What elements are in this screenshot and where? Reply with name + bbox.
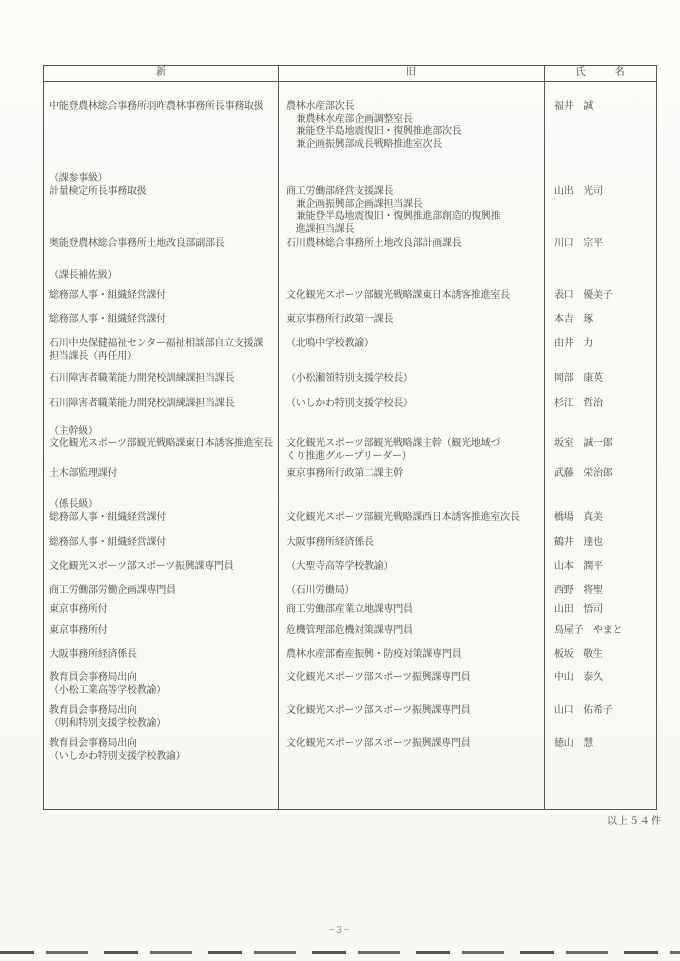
column-header-new: 新 [44,66,278,81]
table-row: 東京事務所付 商工労働部産業立地課専門員 山田 悟司 [44,604,656,617]
table-row: 総務部人事・組織経営課付 文化観光スポーツ部観光戦略課東日本誘客推進室長 表口 … [44,290,656,303]
old-position: 大阪事務所経済係長 [278,537,544,550]
table-row: 教育員会事務局出向 （いしかわ特別支援学校教諭） 文化観光スポーツ部スポーツ振興… [44,738,656,763]
table-row: 中能登農林総合事務所羽咋農林事務所長事務取扱 農林水産部次長 兼農林水産部企画調… [44,101,656,151]
table-row: 総務部人事・組織経営課付 東京事務所行政第一課長 本吉 琢 [44,314,656,327]
person-name: 中山 泰久 [544,672,656,697]
section-label-row: （課長補佐級） [44,270,656,283]
person-name: 板坂 敬生 [544,649,656,662]
table-row: 石川障害者職業能力開発校訓練課担当課長 （小松瀬領特別支援学校長） 岡部 康英 [44,373,656,386]
person-name: 杉江 哲治 [544,398,656,411]
rank-section-label: （主幹級） [44,426,278,439]
scanned-document-page: 新 旧 氏 名 中能登農林総合事務所羽咋農林事務所長事務取扱 農林水産部次長 兼… [0,0,680,961]
new-position: 総務部人事・組織経営課付 [44,512,278,525]
old-position: 文化観光スポーツ部スポーツ振興課専門員 [278,705,544,730]
old-position: 文化観光スポーツ部観光戦略課東日本誘客推進室長 [278,290,544,303]
person-name: 本吉 琢 [544,314,656,327]
column-header-old: 旧 [278,66,544,81]
person-name: 鶴井 達也 [544,537,656,550]
rank-section-label: （課長補佐級） [44,270,278,283]
new-position: 石川障害者職業能力開発校訓練課担当課長 [44,373,278,386]
old-position: 文化観光スポーツ部観光戦略課西日本誘客推進室次長 [278,512,544,525]
table-header-row: 新 旧 氏 名 [44,66,656,82]
personnel-transfer-table: 新 旧 氏 名 中能登農林総合事務所羽咋農林事務所長事務取扱 農林水産部次長 兼… [43,65,657,810]
new-position: 教育員会事務局出向 （小松工業高等学校教諭） [44,672,278,697]
table-row: 大阪事務所経済係長 農林水産部畜産振興・防疫対策課専門員 板坂 敬生 [44,649,656,662]
person-name: 武藤 栄治郎 [544,468,656,481]
old-position: 農林水産部次長 兼農林水産部企画調整室長 兼能登半島地震復旧・復興推進部次長 兼… [278,101,544,151]
old-position: （いしかわ特別支援学校長） [278,398,544,411]
old-position: 文化観光スポーツ部観光戦略課主幹（観光地域づ くり推進グループリーダー） [278,438,544,463]
new-position: 石川障害者職業能力開発校訓練課担当課長 [44,398,278,411]
old-position: 農林水産部畜産振興・防疫対策課専門員 [278,649,544,662]
new-position: 教育員会事務局出向 （明和特別支援学校教諭） [44,705,278,730]
old-position: （大聖寺高等学校教諭） [278,561,544,574]
old-position: 商工労働部産業立地課専門員 [278,604,544,617]
table-row: 総務部人事・組織経営課付 大阪事務所経済係長 鶴井 達也 [44,537,656,550]
new-position: 石川中央保健福祉センター福祉相談部自立支援課 担当課長（再任用） [44,338,278,363]
new-position: 東京事務所付 [44,604,278,617]
table-row: 教育員会事務局出向 （明和特別支援学校教諭） 文化観光スポーツ部スポーツ振興課専… [44,705,656,730]
new-position: 中能登農林総合事務所羽咋農林事務所長事務取扱 [44,101,278,151]
new-position: 文化観光スポーツ部スポーツ振興課専門員 [44,561,278,574]
section-label-row: （係長級） [44,499,656,512]
table-row: 石川障害者職業能力開発校訓練課担当課長 （いしかわ特別支援学校長） 杉江 哲治 [44,398,656,411]
new-position: 土木部監理課付 [44,468,278,481]
person-name: 表口 優美子 [544,290,656,303]
scan-edge-artifact [0,951,680,954]
old-position: （石川労働局） [278,585,544,598]
person-name: 坂室 誠一郎 [544,438,656,463]
column-header-name: 氏 名 [544,66,656,81]
new-position: 大阪事務所経済係長 [44,649,278,662]
new-position: 東京事務所付 [44,625,278,638]
new-position: 総務部人事・組織経営課付 [44,290,278,303]
person-name: 山本 潤平 [544,561,656,574]
old-position: （北鳴中学校教諭） [278,338,544,363]
new-position: 総務部人事・組織経営課付 [44,537,278,550]
page-number: −3− [0,925,680,936]
person-name: 鳥屋子 やまと [544,625,656,638]
table-row: 土木部監理課付 東京事務所行政第二課主幹 武藤 栄治郎 [44,468,656,481]
person-name: 川口 宗平 [544,238,656,251]
table-row: 文化観光スポーツ部スポーツ振興課専門員 （大聖寺高等学校教諭） 山本 潤平 [44,561,656,574]
table-row: 東京事務所付 危機管理部危機対策課専門員 鳥屋子 やまと [44,625,656,638]
old-position: 危機管理部危機対策課専門員 [278,625,544,638]
person-name: 由井 力 [544,338,656,363]
table-row: 文化観光スポーツ部観光戦略課東日本誘客推進室長 文化観光スポーツ部観光戦略課主幹… [44,438,656,463]
person-name: 山口 佑希子 [544,705,656,730]
person-name: 橋場 真美 [544,512,656,525]
new-position: 奥能登農林総合事務所土地改良部副部長 [44,238,278,251]
rank-section-label: （課参事級） [44,173,278,186]
person-name: 岡部 康英 [544,373,656,386]
old-position: 石川農林総合事務所土地改良部計画課長 [278,238,544,251]
table-row: 教育員会事務局出向 （小松工業高等学校教諭） 文化観光スポーツ部スポーツ振興課専… [44,672,656,697]
table-row: 計量検定所長事務取扱 商工労働部経営支援課長 兼企画振興部企画課担当課長 兼能登… [44,186,656,236]
old-position: 東京事務所行政第一課長 [278,314,544,327]
old-position: 文化観光スポーツ部スポーツ振興課専門員 [278,738,544,763]
person-name: 西野 将聖 [544,585,656,598]
old-position: 商工労働部経営支援課長 兼企画振興部企画課担当課長 兼能登半島地震復旧・復興推進… [278,186,544,236]
old-position: 東京事務所行政第二課主幹 [278,468,544,481]
person-name: 山田 悟司 [544,604,656,617]
new-position: 文化観光スポーツ部観光戦略課東日本誘客推進室長 [44,438,278,463]
person-name: 福井 誠 [544,101,656,151]
rank-section-label: （係長級） [44,499,278,512]
section-label-row: （課参事級） [44,173,656,186]
table-row: 石川中央保健福祉センター福祉相談部自立支援課 担当課長（再任用） （北鳴中学校教… [44,338,656,363]
person-name: 徳山 慧 [544,738,656,763]
person-name: 山出 光司 [544,186,656,236]
total-count-note: 以上５４件 [607,812,662,827]
new-position: 総務部人事・組織経営課付 [44,314,278,327]
new-position: 計量検定所長事務取扱 [44,186,278,236]
table-row: 総務部人事・組織経営課付 文化観光スポーツ部観光戦略課西日本誘客推進室次長 橋場… [44,512,656,525]
table-row: 奥能登農林総合事務所土地改良部副部長 石川農林総合事務所土地改良部計画課長 川口… [44,238,656,251]
old-position: （小松瀬領特別支援学校長） [278,373,544,386]
section-label-row: （主幹級） [44,426,656,439]
old-position: 文化観光スポーツ部スポーツ振興課専門員 [278,672,544,697]
table-row: 商工労働部労働企画課専門員 （石川労働局） 西野 将聖 [44,585,656,598]
new-position: 教育員会事務局出向 （いしかわ特別支援学校教諭） [44,738,278,763]
new-position: 商工労働部労働企画課専門員 [44,585,278,598]
